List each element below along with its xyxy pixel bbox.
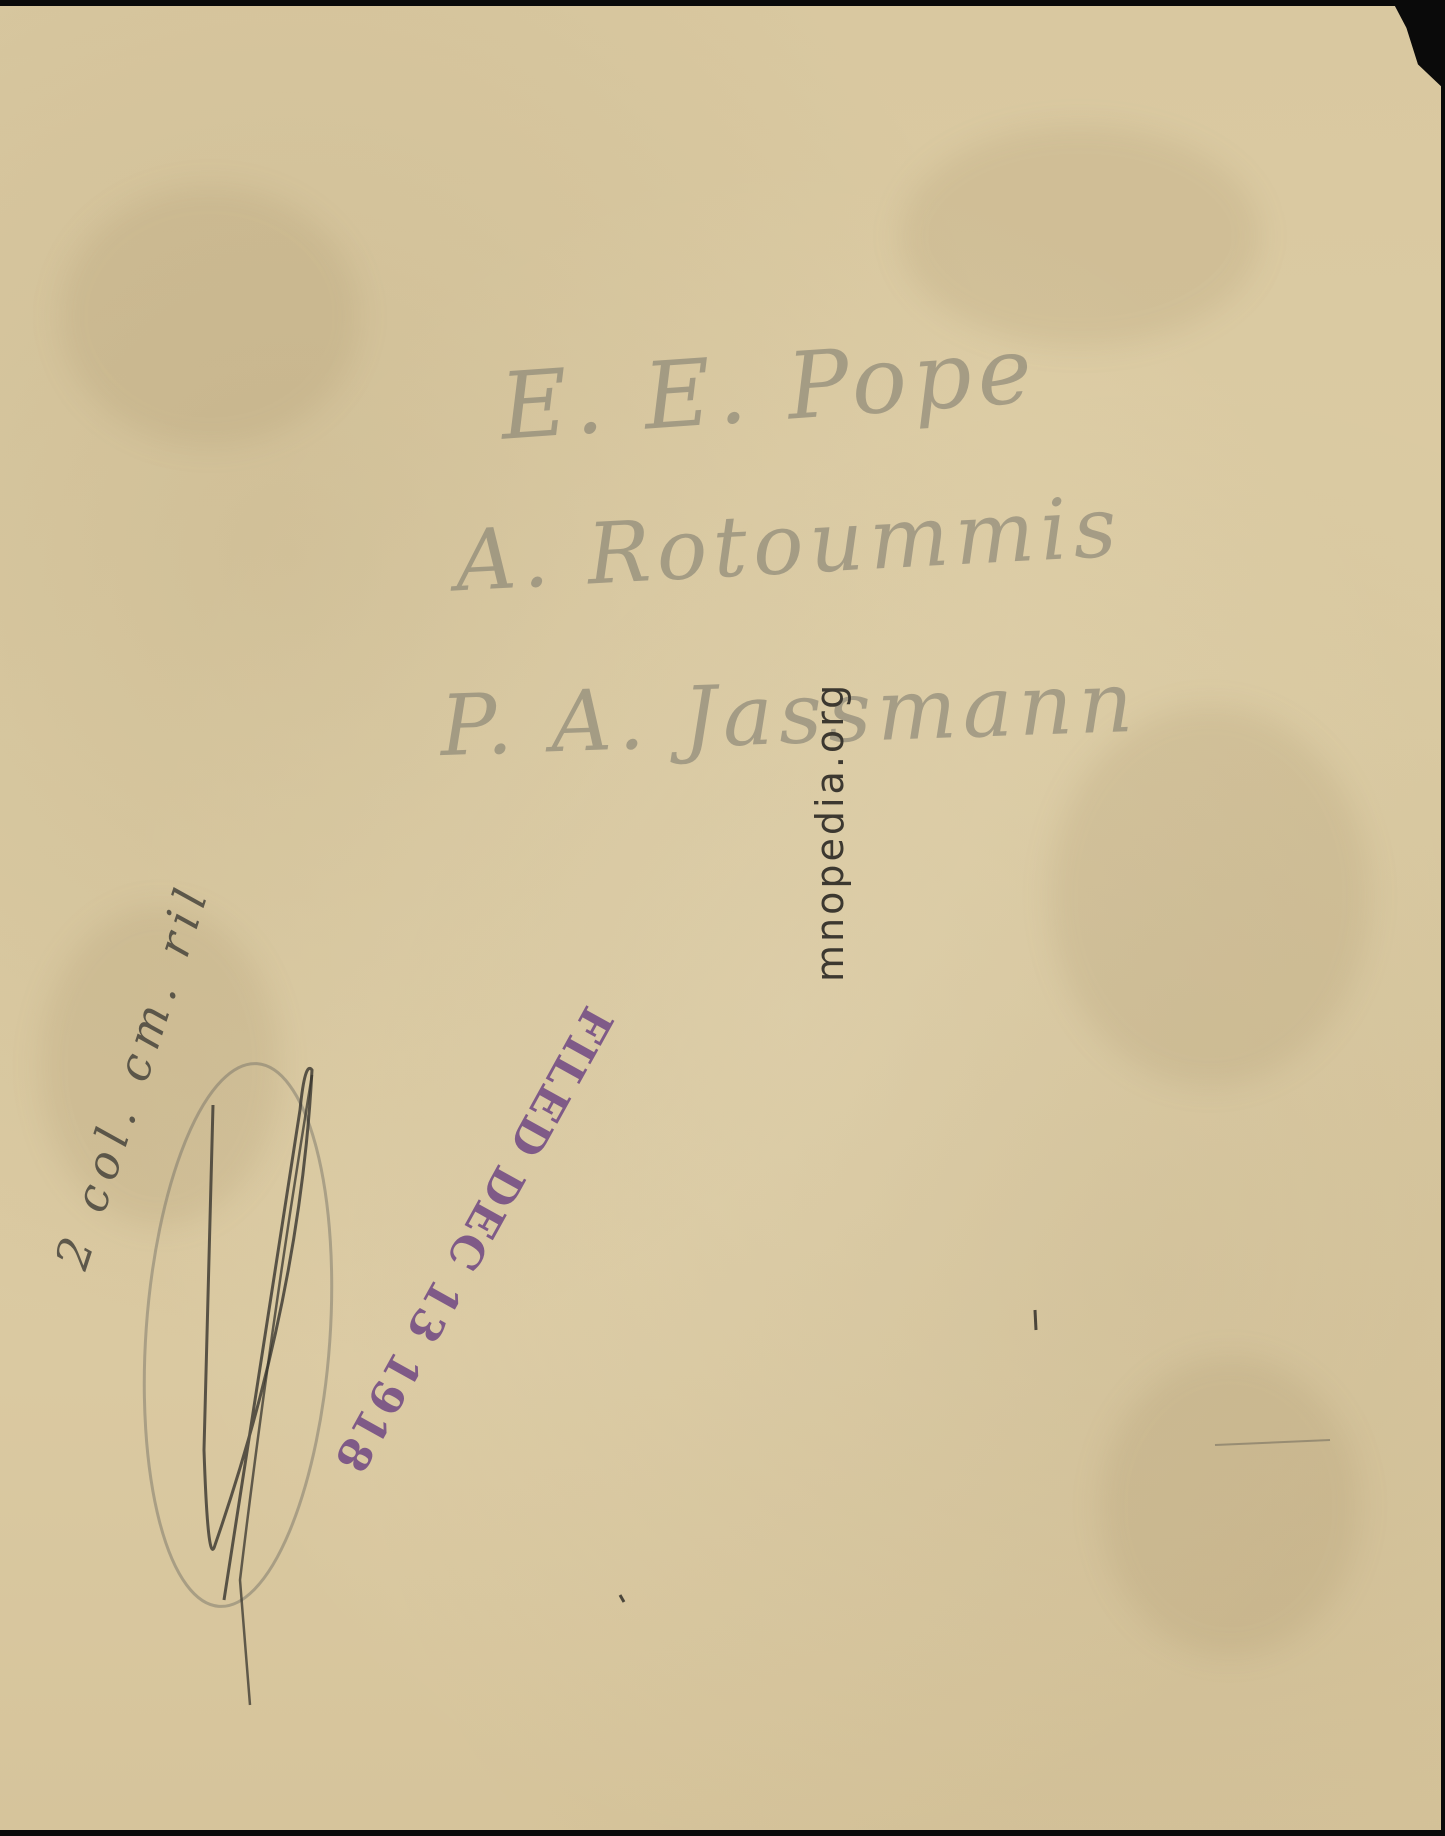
stain <box>60 186 360 446</box>
archive-source-note: mnopedia.org <box>808 682 852 982</box>
stain <box>1050 706 1370 1086</box>
paper-card <box>0 6 1441 1830</box>
stain <box>1100 1356 1360 1656</box>
stain <box>900 126 1260 346</box>
scanned-photo-back: E. E. Pope A. Rotoummis P. A. Jassmann F… <box>0 0 1445 1836</box>
